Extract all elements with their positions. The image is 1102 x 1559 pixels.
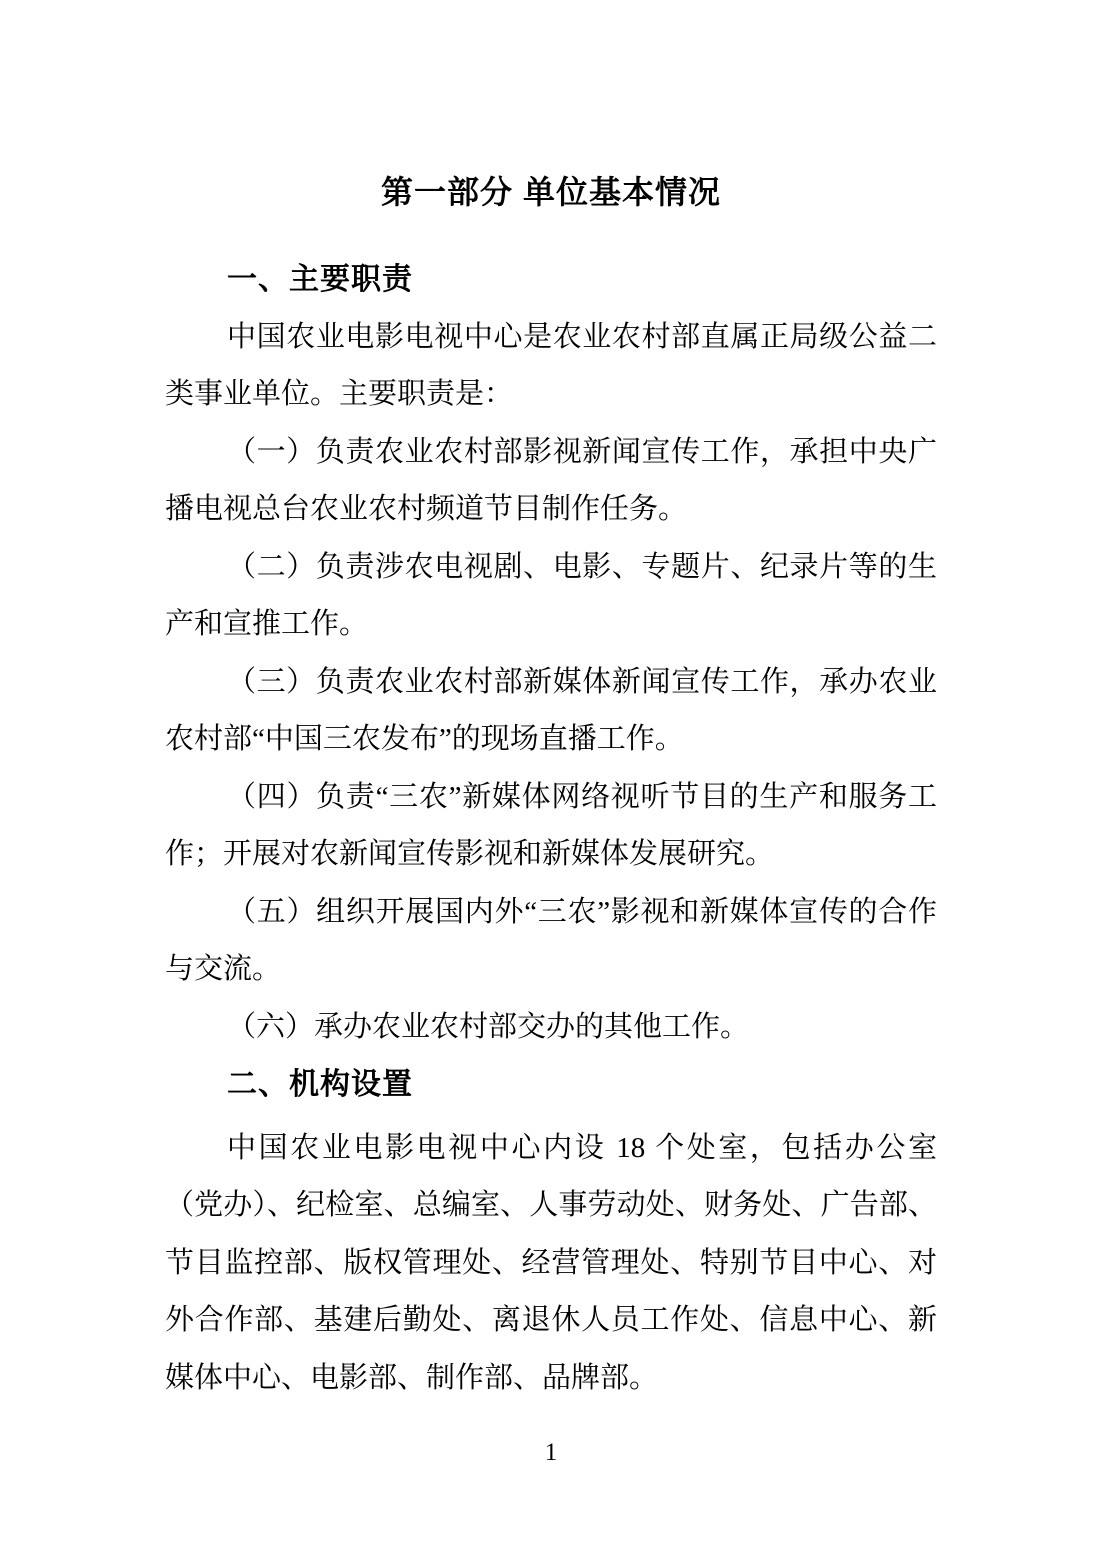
document-page: 第一部分 单位基本情况 一、主要职责 中国农业电影电视中心是农业农村部直属正局级…: [0, 0, 1102, 1559]
document-title: 第一部分 单位基本情况: [165, 170, 937, 214]
paragraph: （五）组织开展国内外“三农”影视和新媒体宣传的合作与交流。: [165, 884, 937, 999]
section-heading-organization: 二、机构设置: [165, 1056, 937, 1114]
page-number: 1: [0, 1436, 1102, 1470]
paragraph: （四）负责“三农”新媒体网络视听节目的生产和服务工作；开展对农新闻宣传影视和新媒…: [165, 769, 937, 884]
paragraph: （六）承办农业农村部交办的其他工作。: [165, 999, 937, 1057]
paragraph: （二）负责涉农电视剧、电影、专题片、纪录片等的生产和宣推工作。: [165, 539, 937, 654]
document-body: 第一部分 单位基本情况 一、主要职责 中国农业电影电视中心是农业农村部直属正局级…: [165, 0, 937, 1407]
paragraph: 中国农业电影电视中心内设 18 个处室，包括办公室（党办）、纪检室、总编室、人事…: [165, 1120, 937, 1408]
paragraph: （一）负责农业农村部影视新闻宣传工作，承担中央广播电视总台农业农村频道节目制作任…: [165, 424, 937, 539]
paragraph: 中国农业电影电视中心是农业农村部直属正局级公益二类事业单位。主要职责是：: [165, 309, 937, 424]
section-heading-main-duties: 一、主要职责: [165, 251, 937, 309]
paragraph: （三）负责农业农村部新媒体新闻宣传工作，承办农业农村部“中国三农发布”的现场直播…: [165, 654, 937, 769]
